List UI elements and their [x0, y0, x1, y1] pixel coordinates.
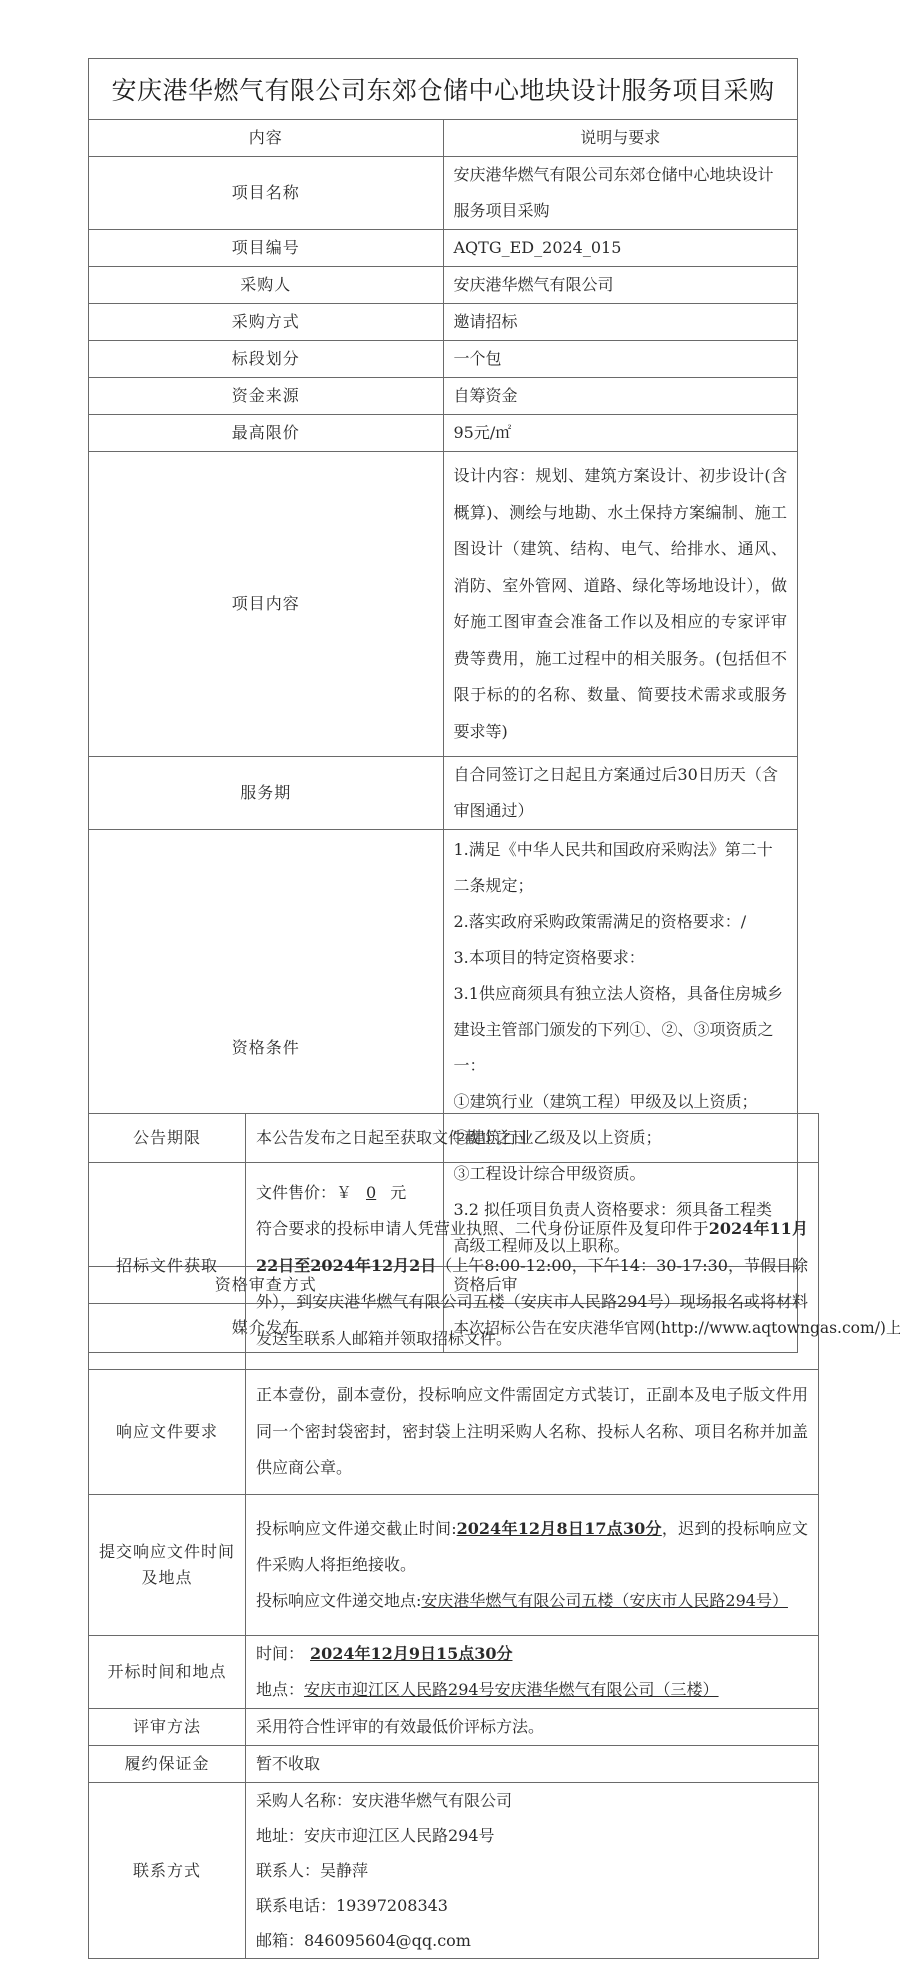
table-row: 响应文件要求 正本壹份，副本壹份，投标响应文件需固定方式装订，正副本及电子版文件… — [89, 1370, 819, 1495]
row-label-method: 采购方式 — [89, 304, 444, 341]
contact-address: 地址：安庆市迎江区人民路294号 — [256, 1818, 808, 1853]
row-value-project-number: AQTG_ED_2024_015 — [443, 230, 798, 267]
bidding-info-table: 公告期限 本公告发布之日起至获取文件截止之日 招标文件获取 文件售价：￥0元 符… — [88, 1113, 819, 1959]
row-value-evaluation: 采用符合性评审的有效最低价评标方法。 — [246, 1709, 819, 1746]
row-label-notice-period: 公告期限 — [89, 1114, 246, 1163]
contact-person: 联系人：吴静萍 — [256, 1853, 808, 1888]
row-value-deposit: 暂不收取 — [246, 1746, 819, 1783]
row-label-doc-acquisition: 招标文件获取 — [89, 1163, 246, 1370]
opening-place: 地点：安庆市迎江区人民路294号安庆港华燃气有限公司（三楼） — [256, 1672, 808, 1708]
doc-price-value: 0 — [352, 1183, 390, 1202]
row-value-opening: 时间：2024年12月9日15点30分 地点：安庆市迎江区人民路294号安庆港华… — [246, 1636, 819, 1709]
table-row: 履约保证金 暂不收取 — [89, 1746, 819, 1783]
row-label-max-price: 最高限价 — [89, 415, 444, 452]
header-label-col: 内容 — [89, 120, 444, 157]
qualification-line: 1.满足《中华人民共和国政府采购法》第二十二条规定； — [454, 832, 788, 904]
row-value-project-content: 设计内容：规划、建筑方案设计、初步设计(含概算)、测绘与地勘、水土保持方案编制、… — [443, 452, 798, 757]
doc-acquisition-text: 符合要求的投标申请人凭营业执照、二代身份证原件及复印件于2024年11月22日至… — [256, 1211, 808, 1357]
qualification-line: 3.本项目的特定资格要求： — [454, 940, 788, 976]
opening-time: 时间：2024年12月9日15点30分 — [256, 1636, 808, 1672]
table-row: 采购方式 邀请招标 — [89, 304, 798, 341]
table-row: 最高限价 95元/㎡ — [89, 415, 798, 452]
submission-place: 投标响应文件递交地点:安庆港华燃气有限公司五楼（安庆市人民路294号） — [256, 1583, 808, 1619]
table-row: 招标文件获取 文件售价：￥0元 符合要求的投标申请人凭营业执照、二代身份证原件及… — [89, 1163, 819, 1370]
opening-time-value: 2024年12月9日15点30分 — [304, 1644, 512, 1663]
contact-purchaser: 采购人名称：安庆港华燃气有限公司 — [256, 1783, 808, 1818]
row-label-project-name: 项目名称 — [89, 157, 444, 230]
row-value-doc-acquisition: 文件售价：￥0元 符合要求的投标申请人凭营业执照、二代身份证原件及复印件于202… — [246, 1163, 819, 1370]
table-row: 开标时间和地点 时间：2024年12月9日15点30分 地点：安庆市迎江区人民路… — [89, 1636, 819, 1709]
table-row: 项目内容 设计内容：规划、建筑方案设计、初步设计(含概算)、测绘与地勘、水土保持… — [89, 452, 798, 757]
table-row: 项目编号 AQTG_ED_2024_015 — [89, 230, 798, 267]
row-label-opening: 开标时间和地点 — [89, 1636, 246, 1709]
submission-place-value: 安庆港华燃气有限公司五楼（安庆市人民路294号） — [421, 1591, 788, 1610]
opening-place-value: 安庆市迎江区人民路294号安庆港华燃气有限公司（三楼） — [304, 1680, 719, 1699]
qualification-line: 3.1供应商须具有独立法人资格，具备住房城乡建设主管部门颁发的下列①、②、③项资… — [454, 976, 788, 1084]
submission-deadline: 投标响应文件递交截止时间:2024年12月8日17点30分，迟到的投标响应文件采… — [256, 1511, 808, 1583]
row-label-funding: 资金来源 — [89, 378, 444, 415]
table-row: 标段划分 一个包 — [89, 341, 798, 378]
contact-phone: 联系电话：19397208343 — [256, 1888, 808, 1923]
row-label-deposit: 履约保证金 — [89, 1746, 246, 1783]
row-label-project-number: 项目编号 — [89, 230, 444, 267]
header-value-col: 说明与要求 — [443, 120, 798, 157]
doc-price-line: 文件售价：￥0元 — [256, 1175, 808, 1212]
row-label-contact: 联系方式 — [89, 1783, 246, 1959]
table-row: 采购人 安庆港华燃气有限公司 — [89, 267, 798, 304]
row-value-method: 邀请招标 — [443, 304, 798, 341]
row-value-max-price: 95元/㎡ — [443, 415, 798, 452]
row-value-project-name: 安庆港华燃气有限公司东郊仓储中心地块设计服务项目采购 — [443, 157, 798, 230]
row-label-evaluation: 评审方法 — [89, 1709, 246, 1746]
row-value-notice-period: 本公告发布之日起至获取文件截止之日 — [246, 1114, 819, 1163]
row-value-funding: 自筹资金 — [443, 378, 798, 415]
document-title: 安庆港华燃气有限公司东郊仓储中心地块设计服务项目采购 — [89, 59, 798, 120]
contact-email: 邮箱：846095604@qq.com — [256, 1923, 808, 1958]
table-row: 提交响应文件时间及地点 投标响应文件递交截止时间:2024年12月8日17点30… — [89, 1495, 819, 1636]
submission-deadline-value: 2024年12月8日17点30分 — [457, 1519, 662, 1538]
row-value-purchaser: 安庆港华燃气有限公司 — [443, 267, 798, 304]
table-row: 服务期 自合同签订之日起且方案通过后30日历天（含审图通过） — [89, 757, 798, 830]
table-row: 项目名称 安庆港华燃气有限公司东郊仓储中心地块设计服务项目采购 — [89, 157, 798, 230]
row-label-submission: 提交响应文件时间及地点 — [89, 1495, 246, 1636]
row-value-submission: 投标响应文件递交截止时间:2024年12月8日17点30分，迟到的投标响应文件采… — [246, 1495, 819, 1636]
qualification-line: 2.落实政府采购政策需满足的资格要求：/ — [454, 904, 788, 940]
row-label-response-doc: 响应文件要求 — [89, 1370, 246, 1495]
row-label-service-period: 服务期 — [89, 757, 444, 830]
row-value-service-period: 自合同签订之日起且方案通过后30日历天（含审图通过） — [443, 757, 798, 830]
row-label-purchaser: 采购人 — [89, 267, 444, 304]
table-row: 评审方法 采用符合性评审的有效最低价评标方法。 — [89, 1709, 819, 1746]
row-value-contact: 采购人名称：安庆港华燃气有限公司 地址：安庆市迎江区人民路294号 联系人：吴静… — [246, 1783, 819, 1959]
row-value-response-doc: 正本壹份，副本壹份，投标响应文件需固定方式装订，正副本及电子版文件用同一个密封袋… — [246, 1370, 819, 1495]
row-value-lots: 一个包 — [443, 341, 798, 378]
row-label-project-content: 项目内容 — [89, 452, 444, 757]
row-label-lots: 标段划分 — [89, 341, 444, 378]
table-row: 资金来源 自筹资金 — [89, 378, 798, 415]
table-row: 联系方式 采购人名称：安庆港华燃气有限公司 地址：安庆市迎江区人民路294号 联… — [89, 1783, 819, 1959]
table-row: 公告期限 本公告发布之日起至获取文件截止之日 — [89, 1114, 819, 1163]
